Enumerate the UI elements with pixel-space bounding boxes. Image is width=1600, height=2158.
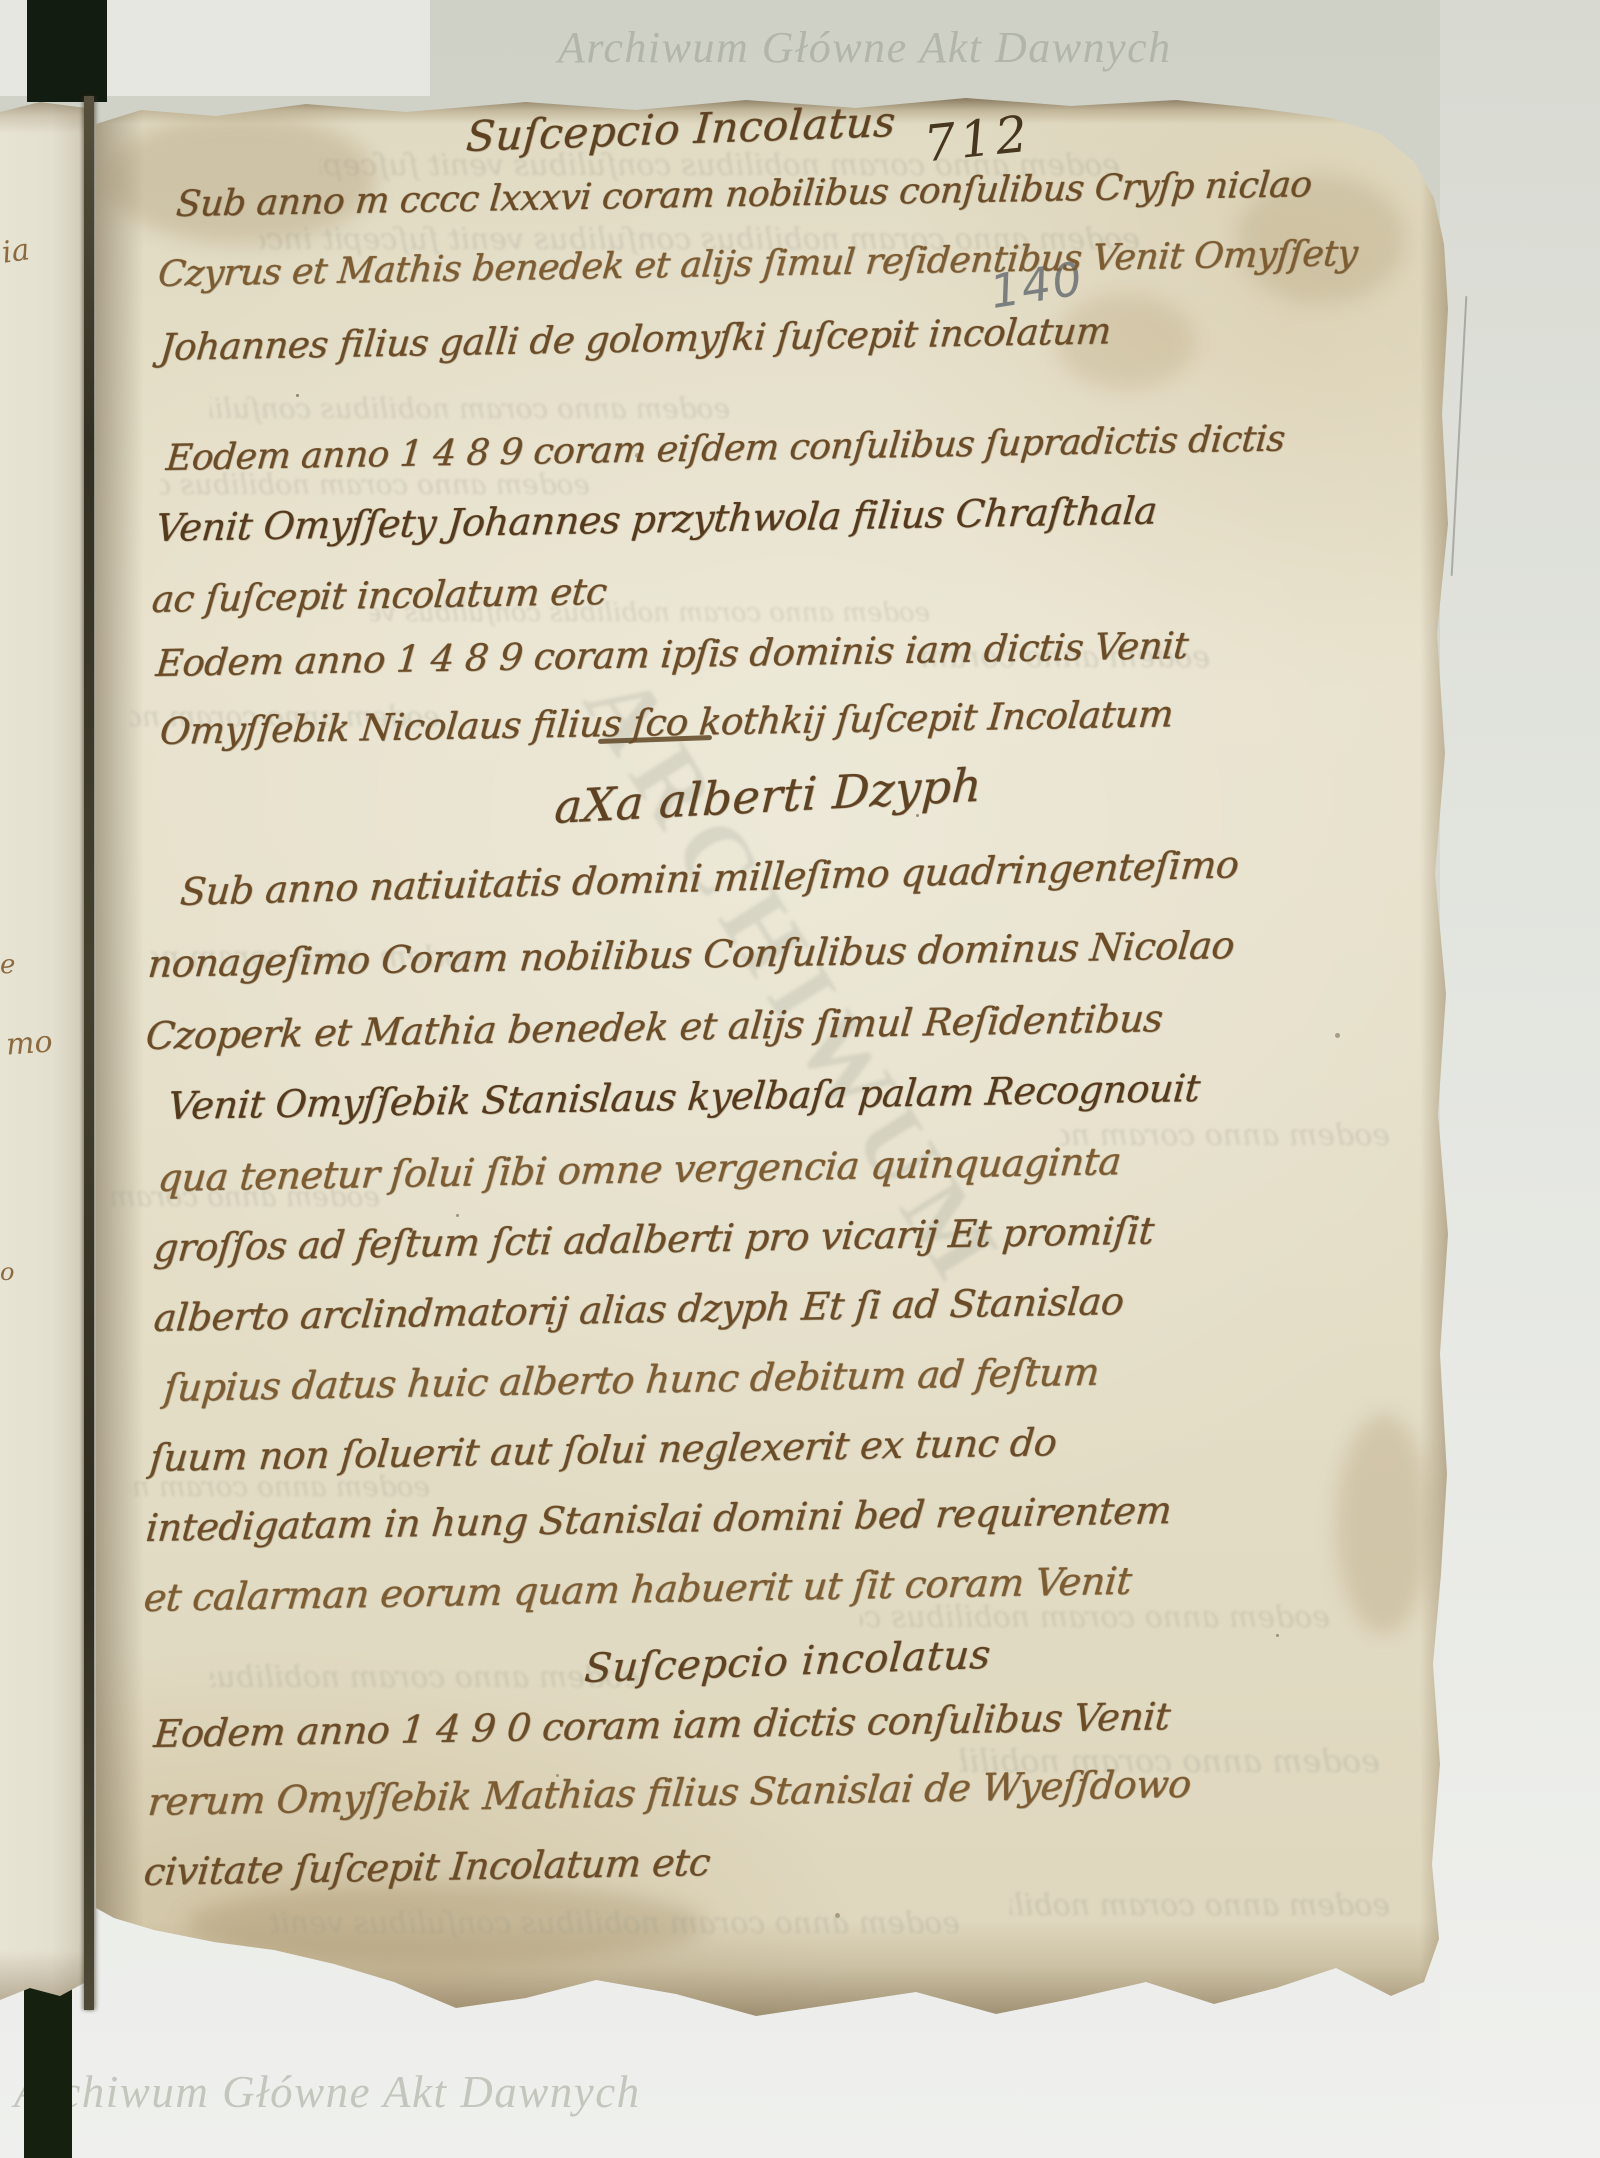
facing-page-edge: iaemoo [0, 94, 86, 2010]
bleed-through-line: eodem anno coram nobilibus conſulibus ve… [1060, 1118, 1390, 1153]
bleed-through-line: eodem anno coram nobilibus conſulibus ve… [160, 468, 590, 501]
bleed-through-line: eodem anno coram nobilibus conſulibus ve… [260, 1906, 960, 1941]
paper-stain [1236, 174, 1406, 304]
margin-ink-mark: e [0, 950, 15, 980]
bleed-through-line: eodem anno coram nobilibus conſulibus ve… [320, 148, 1120, 183]
bleed-through-line: eodem anno coram nobilibus conſulibus ve… [210, 392, 730, 425]
archive-watermark-top: Archiwum Główne Akt Dawnych [558, 22, 1172, 73]
bleed-through-line: eodem anno coram nobilibus conſulibus ve… [910, 640, 1210, 675]
bleed-through-line: eodem anno coram nobilibus conſulibus ve… [860, 1600, 1330, 1635]
margin-ink-mark: o [0, 1258, 14, 1286]
binding-gutter [84, 96, 94, 2010]
scan-canvas: Archiwum Główne Akt Dawnych Archiwum Głó… [0, 0, 1600, 2158]
margin-ink-mark: ia [0, 232, 32, 270]
manuscript-page: eodem anno coram nobilibus conſulibus ve… [96, 94, 1448, 2016]
gutter-shadow [96, 94, 144, 2016]
embossed-archive-stamp: ARCHIWUM [562, 654, 1029, 1310]
bleed-through-line: eodem anno coram nobilibus conſulibus ve… [110, 1180, 380, 1213]
bleed-through-line: eodem anno coram nobilibus conſulibus ve… [130, 1470, 430, 1503]
archive-watermark-bottom: Archiwum Główne Akt Dawnych [14, 2066, 641, 2118]
black-marker-top [27, 0, 107, 102]
black-marker-bottom [24, 1988, 72, 2158]
bleed-through-line: eodem anno coram nobilibus conſulibus ve… [260, 222, 1140, 257]
margin-ink-mark: mo [5, 1024, 54, 1062]
bleed-through-line: eodem anno coram nobilibus conſulibus ve… [150, 940, 480, 975]
bleed-through-line: eodem anno coram nobilibus conſulibus ve… [370, 598, 930, 628]
bleed-through-line: eodem anno coram nobilibus conſulibus ve… [960, 1742, 1380, 1780]
bleed-through-line: eodem anno coram nobilibus conſulibus ve… [1010, 1888, 1390, 1923]
bleed-through-line: eodem anno coram nobilibus conſulibus ve… [210, 1660, 640, 1695]
bleed-through-line: eodem anno coram nobilibus conſulibus ve… [130, 700, 440, 733]
paper-stain [1056, 294, 1196, 389]
paper-stain [1336, 1414, 1431, 1634]
